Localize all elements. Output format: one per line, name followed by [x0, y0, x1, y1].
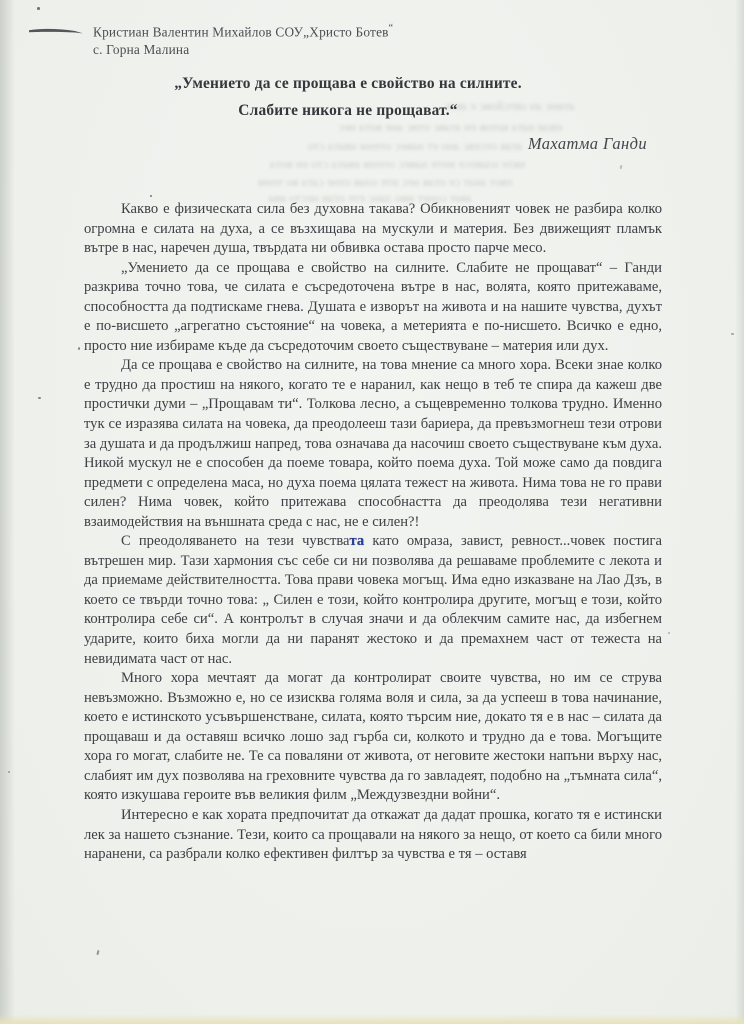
- ink-tick-artifact: [96, 950, 99, 955]
- scanned-page: атинс ан овтсйовс е ават евои ната котов…: [0, 0, 744, 1024]
- blue-ink-correction: та: [350, 533, 365, 549]
- student-name-school: Кристиан Валентин Михайлов СОУ„Христо Бо…: [93, 20, 393, 41]
- ink-tick-artifact: [620, 165, 623, 169]
- epigraph-attribution: Махатма Ганди: [83, 134, 647, 154]
- ink-speck: [150, 195, 152, 197]
- paragraph-4-text-after: като омраза, завист, ревност...човек пос…: [84, 533, 662, 666]
- ink-speck: [731, 333, 734, 335]
- bleedthrough-line: евои ната котов ен атавс отис ане вота н…: [240, 120, 660, 135]
- scan-edge-shadow-left: [0, 0, 15, 1024]
- essay-body: Какво е физическата сила без духовна так…: [84, 200, 662, 865]
- scan-edge-shadow-right: [735, 0, 744, 1024]
- essay-paragraph-4: С преодоляването на тези чувствата като …: [84, 532, 662, 669]
- essay-paragraph-1: Какво е физическата сила без духовна так…: [84, 200, 662, 259]
- student-village: с. Горна Малина: [93, 41, 393, 59]
- essay-paragraph-3: Да се прощава е свойство на силните, на …: [84, 356, 662, 532]
- scan-bottom-strip: [0, 1014, 744, 1024]
- student-info: Кристиан Валентин Михайлов СОУ„Христо Бо…: [93, 20, 393, 58]
- bleedthrough-line: евот анат се отав нес ите олав отне сата…: [140, 175, 630, 190]
- paragraph-4-text-before: С преодоляването на тези чувства: [121, 533, 350, 549]
- epigraph-line-1: „Умението да се прощава е свойство на си…: [82, 74, 614, 93]
- ink-speck: [668, 632, 670, 634]
- epigraph-line-2: Слабите никога не прощават.“: [82, 101, 614, 120]
- ink-speck: [37, 7, 40, 10]
- essay-paragraph-2: „Умението да се прощава е свойство на си…: [84, 259, 662, 357]
- student-name-school-text: Кристиан Валентин Михайлов СОУ„Христо Бо…: [93, 24, 389, 39]
- bleedthrough-line: нкте олавтсе инте навес отенм ивата сто …: [145, 157, 650, 172]
- pen-stroke-artifact: [28, 23, 88, 39]
- superscript-quote: “: [389, 23, 394, 34]
- ink-speck: [78, 347, 80, 350]
- essay-paragraph-5: Много хора мечтаят да могат да контролир…: [84, 669, 662, 806]
- ink-speck: [38, 397, 41, 399]
- epigraph: „Умението да се прощава е свойство на си…: [82, 74, 614, 120]
- essay-paragraph-6: Интересно е как хората предпочитат да от…: [84, 806, 662, 865]
